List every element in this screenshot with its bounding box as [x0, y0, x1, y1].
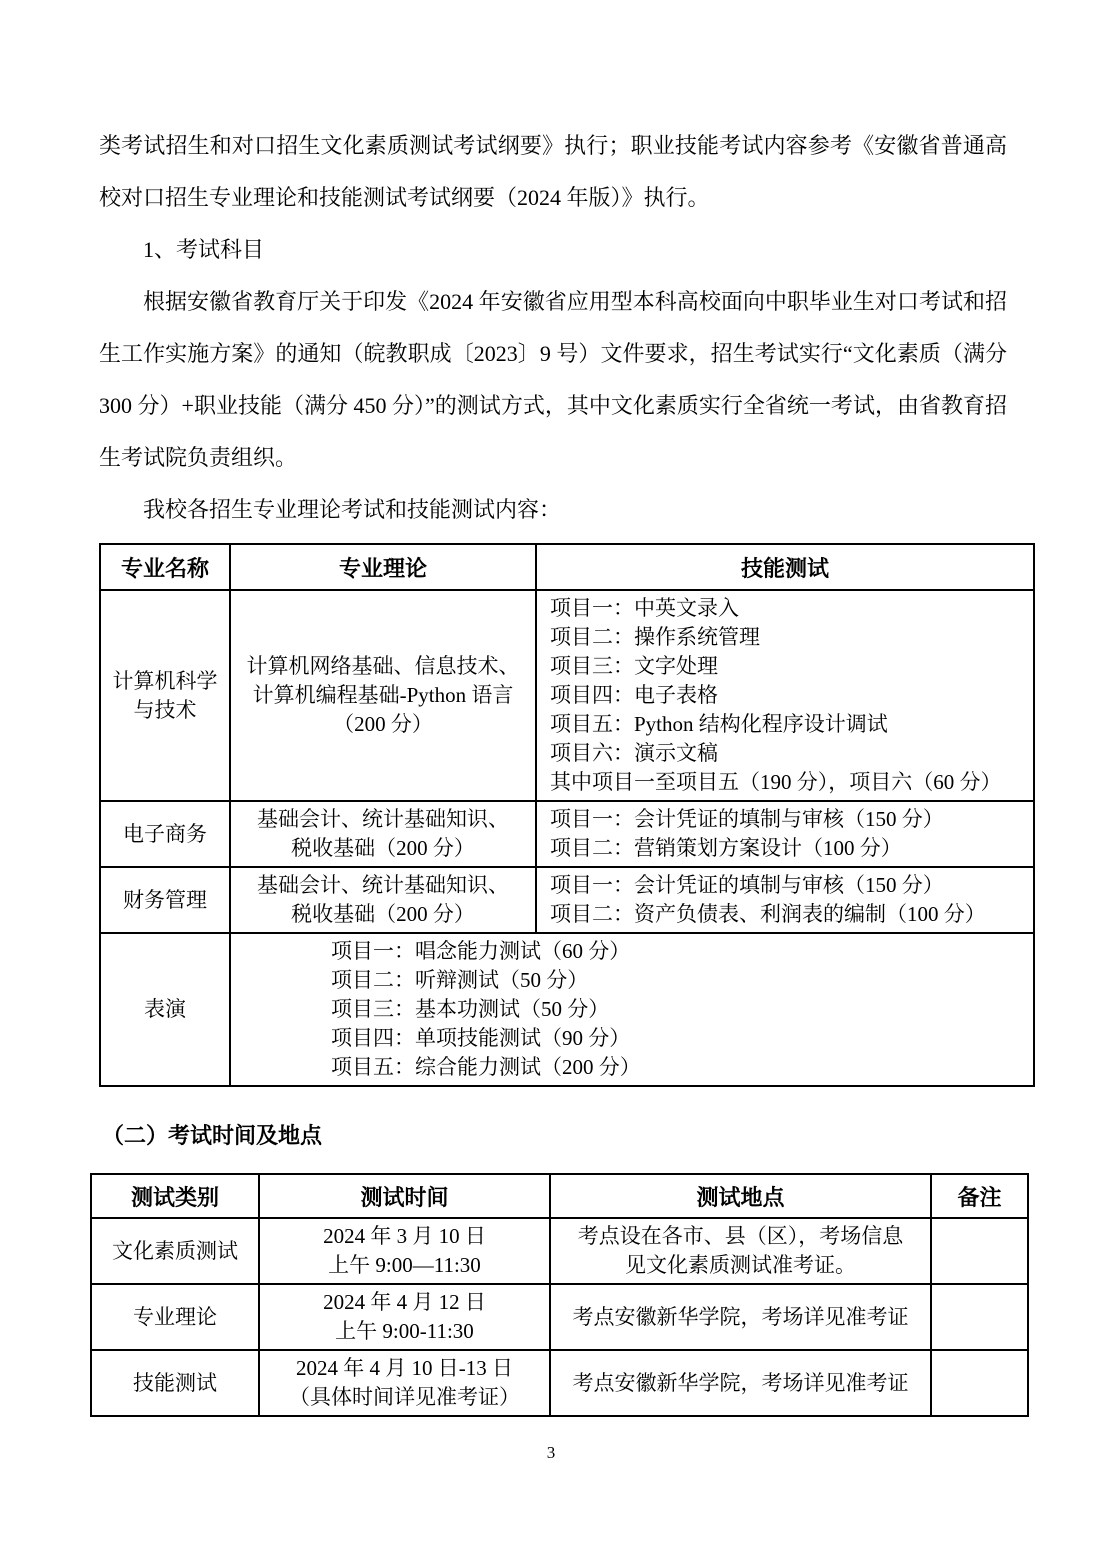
document-page: 类考试招生和对口招生文化素质测试考试纲要》执行；职业技能考试内容参考《安徽省普通…	[0, 0, 1102, 1417]
table1-header-theory: 专业理论	[230, 544, 536, 590]
table-row: 电子商务 基础会计、统计基础知识、 税收基础（200 分） 项目一：会计凭证的填…	[100, 801, 1034, 867]
cell-line: （200 分）	[237, 710, 529, 739]
cell-line: 项目一：会计凭证的填制与审核（150 分）	[550, 871, 1027, 900]
cell-line: 项目二：资产负债表、利润表的编制（100 分）	[550, 900, 1027, 929]
cell-line: 项目一：唱念能力测试（60 分）	[331, 937, 1027, 966]
cell-line: 项目二：操作系统管理	[550, 623, 1027, 652]
cell-line: 其中项目一至项目五（190 分），项目六（60 分）	[550, 768, 1027, 797]
table2-header-category: 测试类别	[91, 1174, 259, 1218]
skill-cell: 项目一：会计凭证的填制与审核（150 分） 项目二：营销策划方案设计（100 分…	[536, 801, 1034, 867]
cell-line: 项目四：电子表格	[550, 681, 1027, 710]
cell-line: 税收基础（200 分）	[237, 834, 529, 863]
paragraph-exam-scheme: 根据安徽省教育厅关于印发《2024 年安徽省应用型本科高校面向中职毕业生对口考试…	[99, 276, 1007, 484]
cell-line: 项目三：基本功测试（50 分）	[331, 995, 1027, 1024]
table-row: 财务管理 基础会计、统计基础知识、 税收基础（200 分） 项目一：会计凭证的填…	[100, 867, 1034, 933]
test-location-cell: 考点安徽新华学院，考场详见准考证	[550, 1350, 931, 1416]
skill-cell: 项目一：中英文录入 项目二：操作系统管理 项目三：文字处理 项目四：电子表格 项…	[536, 590, 1034, 801]
cell-line: 项目二：营销策划方案设计（100 分）	[550, 834, 1027, 863]
cell-line: 项目六：演示文稿	[550, 739, 1027, 768]
major-name-cell: 电子商务	[100, 801, 230, 867]
note-cell	[931, 1350, 1028, 1416]
test-time-cell: 2024 年 4 月 12 日 上午 9:00-11:30	[259, 1284, 550, 1350]
cell-line: 2024 年 4 月 10 日-13 日	[266, 1354, 543, 1383]
test-category-cell: 专业理论	[91, 1284, 259, 1350]
cell-line: 表演	[107, 995, 223, 1024]
cell-line: 考点设在各市、县（区），考场信息	[557, 1222, 924, 1251]
paragraph-continuation: 类考试招生和对口招生文化素质测试考试纲要》执行；职业技能考试内容参考《安徽省普通…	[99, 120, 1007, 224]
cell-line: 考点安徽新华学院，考场详见准考证	[557, 1369, 924, 1398]
note-cell	[931, 1218, 1028, 1284]
cell-line: 计算机网络基础、信息技术、	[237, 652, 529, 681]
cell-line: 项目五：Python 结构化程序设计调试	[550, 710, 1027, 739]
section-heading-exam-time-place: （二）考试时间及地点	[102, 1121, 1007, 1151]
test-time-cell: 2024 年 4 月 10 日-13 日 （具体时间详见准考证）	[259, 1350, 550, 1416]
table-row: 技能测试 2024 年 4 月 10 日-13 日 （具体时间详见准考证） 考点…	[91, 1350, 1028, 1416]
cell-line: 2024 年 4 月 12 日	[266, 1288, 543, 1317]
table2-header-note: 备注	[931, 1174, 1028, 1218]
theory-cell: 基础会计、统计基础知识、 税收基础（200 分）	[230, 867, 536, 933]
table-row: 计算机科学 与技术 计算机网络基础、信息技术、 计算机编程基础-Python 语…	[100, 590, 1034, 801]
table2-header-row: 测试类别 测试时间 测试地点 备注	[91, 1174, 1028, 1218]
cell-line: 税收基础（200 分）	[237, 900, 529, 929]
table-row: 专业理论 2024 年 4 月 12 日 上午 9:00-11:30 考点安徽新…	[91, 1284, 1028, 1350]
cell-line: 基础会计、统计基础知识、	[237, 871, 529, 900]
table1-header-skill: 技能测试	[536, 544, 1034, 590]
cell-line: 电子商务	[107, 820, 223, 849]
skill-cell: 项目一：会计凭证的填制与审核（150 分） 项目二：资产负债表、利润表的编制（1…	[536, 867, 1034, 933]
cell-line: 上午 9:00—11:30	[266, 1251, 543, 1280]
table1-header-major: 专业名称	[100, 544, 230, 590]
cell-line: 财务管理	[107, 886, 223, 915]
table2-header-time: 测试时间	[259, 1174, 550, 1218]
cell-line: 计算机编程基础-Python 语言	[237, 681, 529, 710]
paragraph-table-intro: 我校各招生专业理论考试和技能测试内容：	[99, 484, 1007, 536]
cell-line: 项目五：综合能力测试（200 分）	[331, 1053, 1027, 1082]
table-row: 表演 项目一：唱念能力测试（60 分） 项目二：听辩测试（50 分） 项目三：基…	[100, 933, 1034, 1086]
performance-items-cell: 项目一：唱念能力测试（60 分） 项目二：听辩测试（50 分） 项目三：基本功测…	[230, 933, 1034, 1086]
paragraph-exam-subjects-title: 1、考试科目	[99, 224, 1007, 276]
test-location-cell: 考点设在各市、县（区），考场信息 见文化素质测试准考证。	[550, 1218, 931, 1284]
cell-line: 计算机科学	[107, 667, 223, 696]
cell-line: 基础会计、统计基础知识、	[237, 805, 529, 834]
major-theory-skill-table: 专业名称 专业理论 技能测试 计算机科学 与技术 计算机网络基础、信息技术、 计…	[99, 543, 1035, 1087]
cell-line: 项目一：会计凭证的填制与审核（150 分）	[550, 805, 1027, 834]
cell-line: 考点安徽新华学院，考场详见准考证	[557, 1303, 924, 1332]
major-name-cell: 表演	[100, 933, 230, 1086]
note-cell	[931, 1284, 1028, 1350]
cell-line: 见文化素质测试准考证。	[557, 1251, 924, 1280]
exam-time-place-table: 测试类别 测试时间 测试地点 备注 文化素质测试 2024 年 3 月 10 日…	[90, 1173, 1029, 1417]
cell-line: （具体时间详见准考证）	[266, 1383, 543, 1412]
table1-header-row: 专业名称 专业理论 技能测试	[100, 544, 1034, 590]
cell-line: 项目二：听辩测试（50 分）	[331, 966, 1027, 995]
test-category-cell: 技能测试	[91, 1350, 259, 1416]
test-location-cell: 考点安徽新华学院，考场详见准考证	[550, 1284, 931, 1350]
cell-line: 上午 9:00-11:30	[266, 1317, 543, 1346]
table-row: 文化素质测试 2024 年 3 月 10 日 上午 9:00—11:30 考点设…	[91, 1218, 1028, 1284]
major-name-cell: 财务管理	[100, 867, 230, 933]
theory-cell: 计算机网络基础、信息技术、 计算机编程基础-Python 语言 （200 分）	[230, 590, 536, 801]
table2-header-location: 测试地点	[550, 1174, 931, 1218]
test-category-cell: 文化素质测试	[91, 1218, 259, 1284]
test-time-cell: 2024 年 3 月 10 日 上午 9:00—11:30	[259, 1218, 550, 1284]
major-name-cell: 计算机科学 与技术	[100, 590, 230, 801]
page-number: 3	[0, 1443, 1102, 1463]
cell-line: 2024 年 3 月 10 日	[266, 1222, 543, 1251]
cell-line: 与技术	[107, 696, 223, 725]
cell-line: 项目一：中英文录入	[550, 594, 1027, 623]
cell-line: 项目三：文字处理	[550, 652, 1027, 681]
cell-line: 项目四：单项技能测试（90 分）	[331, 1024, 1027, 1053]
theory-cell: 基础会计、统计基础知识、 税收基础（200 分）	[230, 801, 536, 867]
